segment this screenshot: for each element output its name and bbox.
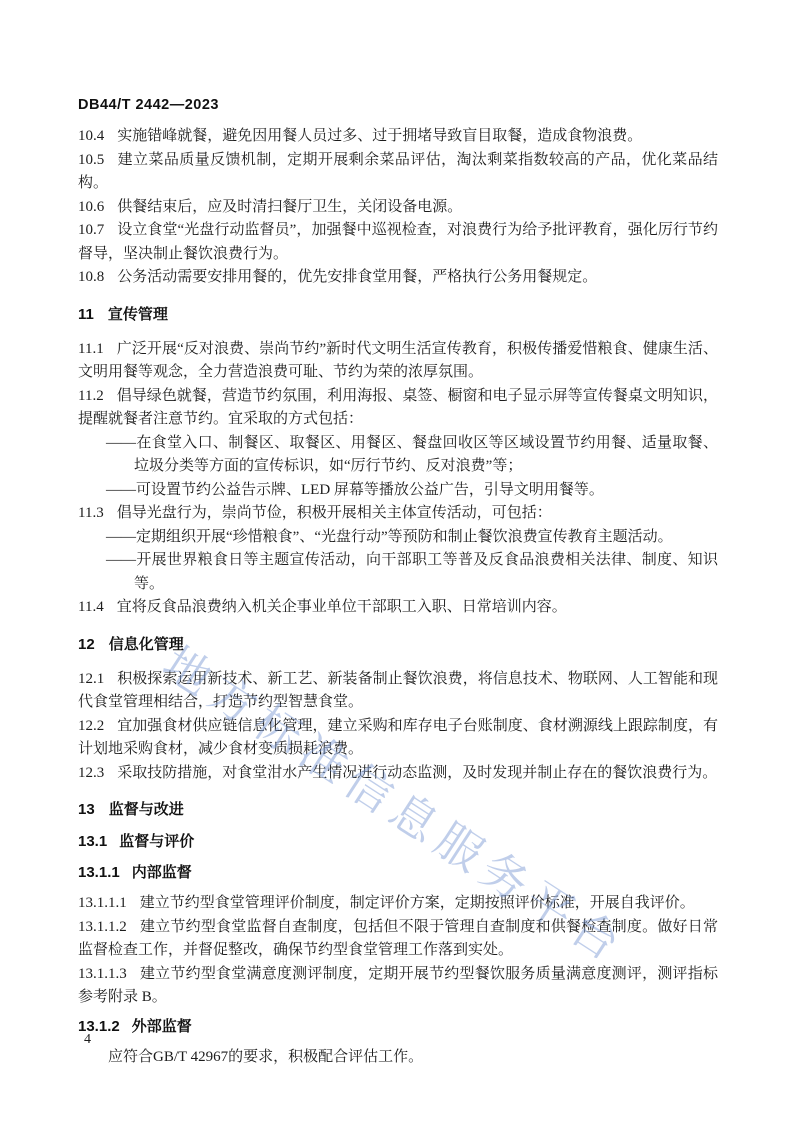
dash-item: ——在食堂入口、制餐区、取餐区、用餐区、餐盘回收区等区域设置节约用餐、适量取餐、… [78,432,718,479]
section-12-heading: 12信息化管理 [78,633,718,657]
clause-text: 建立节约型食堂管理评价制度，制定评价方案，定期按照评价标准，开展自我评价。 [140,895,695,911]
clause-12-1: 12.1积极探索运用新技术、新工艺、新装备制止餐饮浪费，将信息技术、物联网、人工… [78,668,718,715]
subsection-13-1-heading: 13.1监督与评价 [78,830,718,854]
clause-number: 10.7 [78,222,104,238]
section-number: 13 [78,801,95,818]
subsection-13-1-1-heading: 13.1.1内部监督 [78,861,718,885]
section-number: 11 [78,306,94,323]
clause-number: 12.3 [78,765,104,781]
clause-number: 10.8 [78,269,104,285]
clause-12-2: 12.2宜加强食材供应链信息化管理，建立采购和库存电子台账制度、食材溯源线上跟踪… [78,715,718,762]
clause-11-4: 11.4宜将反食品浪费纳入机关企事业单位干部职工入职、日常培训内容。 [78,596,718,620]
subsection-13-1-2-heading: 13.1.2外部监督 [78,1015,718,1039]
clause-text: 积极探索运用新技术、新工艺、新装备制止餐饮浪费，将信息技术、物联网、人工智能和现… [78,671,718,711]
clause-number: 11.4 [78,599,104,615]
clause-11-2: 11.2倡导绿色就餐，营造节约氛围，利用海报、桌签、橱窗和电子显示屏等宣传餐桌文… [78,385,718,432]
clause-text: 公务活动需要安排用餐的，优先安排食堂用餐，严格执行公务用餐规定。 [117,269,597,285]
section-title: 监督与评价 [119,833,194,850]
clause-10-4: 10.4实施错峰就餐，避免因用餐人员过多、过于拥堵导致盲目取餐，造成食物浪费。 [78,125,718,149]
clause-text: 倡导绿色就餐，营造节约氛围，利用海报、桌签、橱窗和电子显示屏等宣传餐桌文明知识，… [78,388,718,428]
section-11-heading: 11宣传管理 [78,303,718,327]
clause-11-1: 11.1广泛开展“反对浪费、崇尚节约”新时代文明生活宣传教育，积极传播爱惜粮食、… [78,338,718,385]
clause-number: 13.1.1.2 [78,919,127,935]
clause-text: 宜将反食品浪费纳入机关企事业单位干部职工入职、日常培训内容。 [117,599,567,615]
clause-text: 倡导光盘行为，崇尚节俭，积极开展相关主体宣传活动，可包括： [117,505,552,521]
document-page: DB44/T 2442—2023 10.4实施错峰就餐，避免因用餐人员过多、过于… [0,0,794,1123]
clause-number: 13.1.1.1 [78,895,127,911]
dash-item: ——可设置节约公益告示牌、LED 屏幕等播放公益广告，引导文明用餐等。 [78,479,718,503]
clause-10-5: 10.5建立菜品质量反馈机制，定期开展剩余菜品评估，淘汰剩菜指数较高的产品，优化… [78,149,718,196]
clause-number: 13.1.1.3 [78,966,127,982]
clause-10-7: 10.7设立食堂“光盘行动监督员”，加强餐中巡视检查，对浪费行为给予批评教育，强… [78,219,718,266]
section-title: 监督与改进 [109,801,184,818]
section-title: 信息化管理 [109,636,184,653]
clause-text: 建立节约型食堂监督自查制度，包括但不限于管理自查制度和供餐检查制度。做好日常监督… [78,919,718,959]
clause-text: 宜加强食材供应链信息化管理，建立采购和库存电子台账制度、食材溯源线上跟踪制度，有… [78,718,718,758]
clause-number: 12.2 [78,718,104,734]
section-number: 13.1 [78,833,107,850]
section-title: 宣传管理 [108,306,168,323]
page-number: 4 [84,1031,91,1049]
clause-13-1-1-3: 13.1.1.3建立节约型食堂满意度测评制度，定期开展节约型餐饮服务质量满意度测… [78,963,718,1010]
clause-10-8: 10.8公务活动需要安排用餐的，优先安排食堂用餐，严格执行公务用餐规定。 [78,266,718,290]
clause-number: 11.1 [78,341,104,357]
section-title: 外部监督 [132,1018,192,1035]
clause-13-1-2-body: 应符合GB/T 42967的要求，积极配合评估工作。 [78,1046,718,1070]
section-title: 内部监督 [132,864,192,881]
clause-number: 10.4 [78,128,104,144]
clause-13-1-1-1: 13.1.1.1建立节约型食堂管理评价制度，制定评价方案，定期按照评价标准，开展… [78,892,718,916]
clause-number: 10.5 [78,152,104,168]
clause-number: 12.1 [78,671,104,687]
clause-text: 建立菜品质量反馈机制，定期开展剩余菜品评估，淘汰剩菜指数较高的产品，优化菜品结构… [78,152,718,192]
clause-text: 广泛开展“反对浪费、崇尚节约”新时代文明生活宣传教育，积极传播爱惜粮食、健康生活… [78,341,718,381]
clause-text: 采取技防措施，对食堂泔水产生情况进行动态监测，及时发现并制止存在的餐饮浪费行为。 [117,765,717,781]
clause-text: 供餐结束后，应及时清扫餐厅卫生，关闭设备电源。 [117,199,462,215]
dash-item: ——开展世界粮食日等主题宣传活动，向干部职工等普及反食品浪费相关法律、制度、知识… [78,549,718,596]
clause-11-3: 11.3倡导光盘行为，崇尚节俭，积极开展相关主体宣传活动，可包括： [78,502,718,526]
section-13-heading: 13监督与改进 [78,798,718,822]
standard-number-header: DB44/T 2442—2023 [78,97,718,113]
section-number: 13.1.1 [78,864,120,881]
clause-number: 11.2 [78,388,104,404]
clause-13-1-1-2: 13.1.1.2建立节约型食堂监督自查制度，包括但不限于管理自查制度和供餐检查制… [78,916,718,963]
clause-number: 11.3 [78,505,104,521]
clause-text: 建立节约型食堂满意度测评制度，定期开展节约型餐饮服务质量满意度测评，测评指标参考… [78,966,718,1006]
page-content: DB44/T 2442—2023 10.4实施错峰就餐，避免因用餐人员过多、过于… [78,0,718,1069]
clause-text: 设立食堂“光盘行动监督员”，加强餐中巡视检查，对浪费行为给予批评教育，强化厉行节… [78,222,718,262]
clause-text: 实施错峰就餐，避免因用餐人员过多、过于拥堵导致盲目取餐，造成食物浪费。 [117,128,642,144]
dash-item: ——定期组织开展“珍惜粮食”、“光盘行动”等预防和制止餐饮浪费宣传教育主题活动。 [78,526,718,550]
clause-number: 10.6 [78,199,104,215]
clause-10-6: 10.6供餐结束后，应及时清扫餐厅卫生，关闭设备电源。 [78,196,718,220]
clause-12-3: 12.3采取技防措施，对食堂泔水产生情况进行动态监测，及时发现并制止存在的餐饮浪… [78,762,718,786]
section-number: 12 [78,636,95,653]
